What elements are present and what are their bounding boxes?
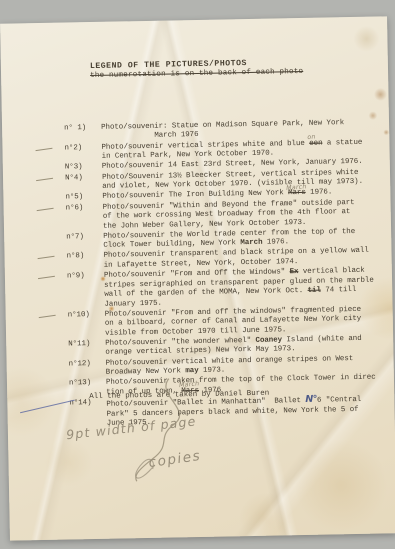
entry-number: n°2) [64,144,101,164]
pencil-correction: March [286,182,307,193]
entry-number: N°11) [68,340,105,360]
document-page: LEGEND OF THE PICTURES/PHOTOS the numero… [0,16,395,540]
entry-number: n°5) [65,193,102,203]
pen-correction: N° [305,394,317,405]
pencil-note-copies: copies [148,448,203,471]
entry-number: n°7) [66,233,103,253]
entry-number: n°6) [66,203,104,232]
entry-number: N°4) [65,173,102,193]
margin-pencil-dash [37,208,54,211]
entry-text: Photo/souvenir "From and Off the Windows… [104,267,374,310]
entry-number: n°8) [66,252,103,272]
margin-pen-stroke [20,400,75,414]
margin-pencil-dash [36,178,53,181]
entry-number: n°9) [67,272,105,311]
margin-pencil-dash [38,276,55,279]
margin-pencil-dash [36,148,53,151]
entry-text: Photo/souvenir "From and off the windows… [105,306,362,339]
legend-entries: n° 1)Photo/souvenir: Statue on Madison S… [64,119,376,431]
margin-pencil-dash [39,315,56,318]
entry-text: Photo/souvenir "Within and Beyond the fr… [103,199,355,232]
entry-number: N°3) [65,163,102,173]
entry-number: n°12) [69,359,106,379]
margin-pencil-dash [38,256,55,259]
entry-number: n° 1) [64,124,101,144]
pencil-correction: on [307,133,316,143]
entry-number: n°10) [68,311,106,340]
legend-entry: n°9)Photo/souvenir "From and Off the Win… [67,267,374,311]
